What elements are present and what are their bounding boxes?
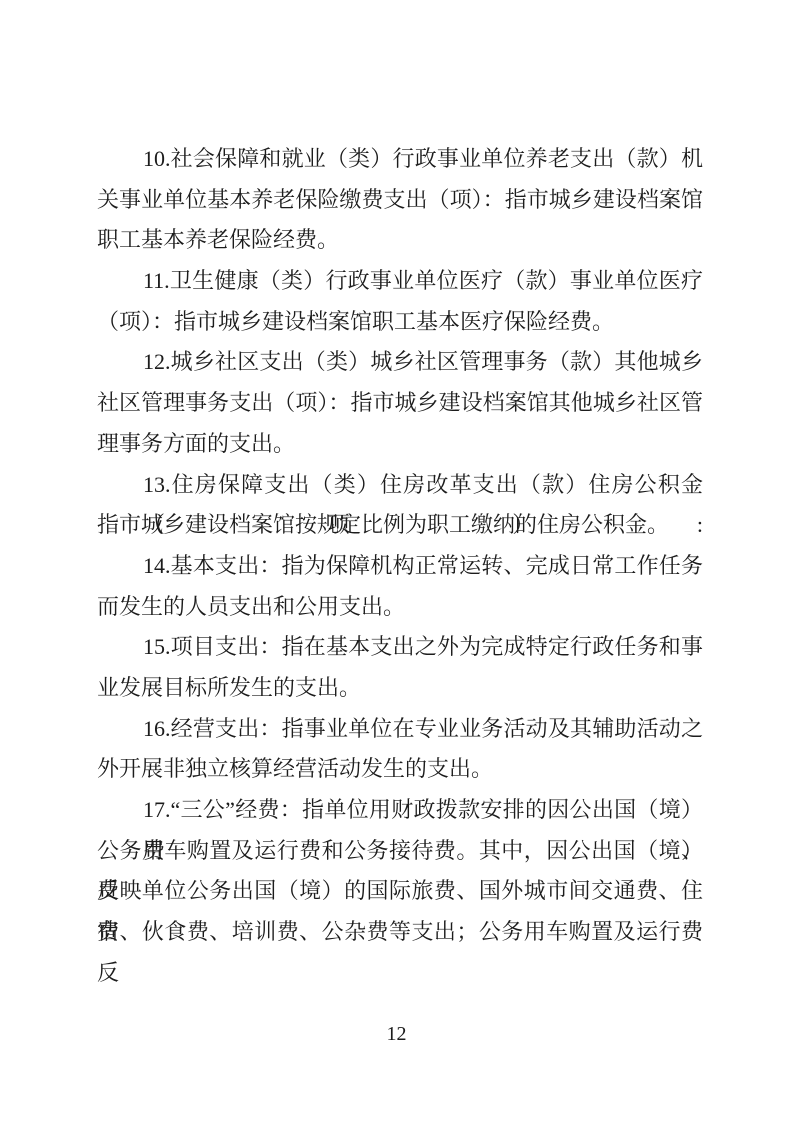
text-line: 职工基本养老保险经费。: [97, 220, 703, 261]
text-line: 16.经营支出：指事业单位在专业业务活动及其辅助活动之: [97, 709, 703, 750]
text-line: 指市城乡建设档案馆按规定比例为职工缴纳的住房公积金。: [97, 505, 703, 546]
paragraph: 13.住房保障支出（类）住房改革支出（款）住房公积金（项）:指市城乡建设档案馆按…: [97, 465, 703, 546]
paragraph: 15.项目支出：指在基本支出之外为完成特定行政任务和事业发展目标所发生的支出。: [97, 627, 703, 708]
text-line: 10.社会保障和就业（类）行政事业单位养老支出（款）机: [97, 139, 703, 180]
text-line: （项）：指市城乡建设档案馆职工基本医疗保险经费。: [97, 302, 703, 343]
page-number: 12: [387, 1023, 407, 1045]
text-line: 14.基本支出：指为保障机构正常运转、完成日常工作任务: [97, 546, 703, 587]
text-line: 15.项目支出：指在基本支出之外为完成特定行政任务和事: [97, 627, 703, 668]
text-line: 关事业单位基本养老保险缴费支出（项）：指市城乡建设档案馆: [97, 180, 703, 221]
text-line: 业发展目标所发生的支出。: [97, 668, 703, 709]
paragraph: 14.基本支出：指为保障机构正常运转、完成日常工作任务而发生的人员支出和公用支出…: [97, 546, 703, 627]
text-line: 11.卫生健康（类）行政事业单位医疗（款）事业单位医疗: [97, 261, 703, 302]
paragraph: 10.社会保障和就业（类）行政事业单位养老支出（款）机关事业单位基本养老保险缴费…: [97, 139, 703, 261]
text-line: 费、伙食费、培训费、公杂费等支出；公务用车购置及运行费反: [97, 912, 703, 953]
text-line: 17.“三公”经费：指单位用财政拨款安排的因公出国（境）费、: [97, 790, 703, 831]
text-line: 外开展非独立核算经营活动发生的支出。: [97, 749, 703, 790]
paragraph: 17.“三公”经费：指单位用财政拨款安排的因公出国（境）费、公务用车购置及运行费…: [97, 790, 703, 953]
text-line: 反映单位公务出国（境）的国际旅费、国外城市间交通费、住宿: [97, 871, 703, 912]
text-line: 公务用车购置及运行费和公务接待费。其中，因公出国（境）费: [97, 831, 703, 872]
page-body: 10.社会保障和就业（类）行政事业单位养老支出（款）机关事业单位基本养老保险缴费…: [97, 139, 703, 953]
text-line: 社区管理事务支出（项）：指市城乡建设档案馆其他城乡社区管: [97, 383, 703, 424]
text-line: 理事务方面的支出。: [97, 424, 703, 465]
paragraph: 16.经营支出：指事业单位在专业业务活动及其辅助活动之外开展非独立核算经营活动发…: [97, 709, 703, 790]
text-line: 而发生的人员支出和公用支出。: [97, 587, 703, 628]
text-line: 12.城乡社区支出（类）城乡社区管理事务（款）其他城乡: [97, 342, 703, 383]
page-footer: 12: [0, 1021, 793, 1047]
paragraph: 11.卫生健康（类）行政事业单位医疗（款）事业单位医疗（项）：指市城乡建设档案馆…: [97, 261, 703, 342]
document-page: 10.社会保障和就业（类）行政事业单位养老支出（款）机关事业单位基本养老保险缴费…: [0, 0, 793, 1122]
text-line: 13.住房保障支出（类）住房改革支出（款）住房公积金（项）:: [97, 465, 703, 506]
paragraph: 12.城乡社区支出（类）城乡社区管理事务（款）其他城乡社区管理事务支出（项）：指…: [97, 342, 703, 464]
